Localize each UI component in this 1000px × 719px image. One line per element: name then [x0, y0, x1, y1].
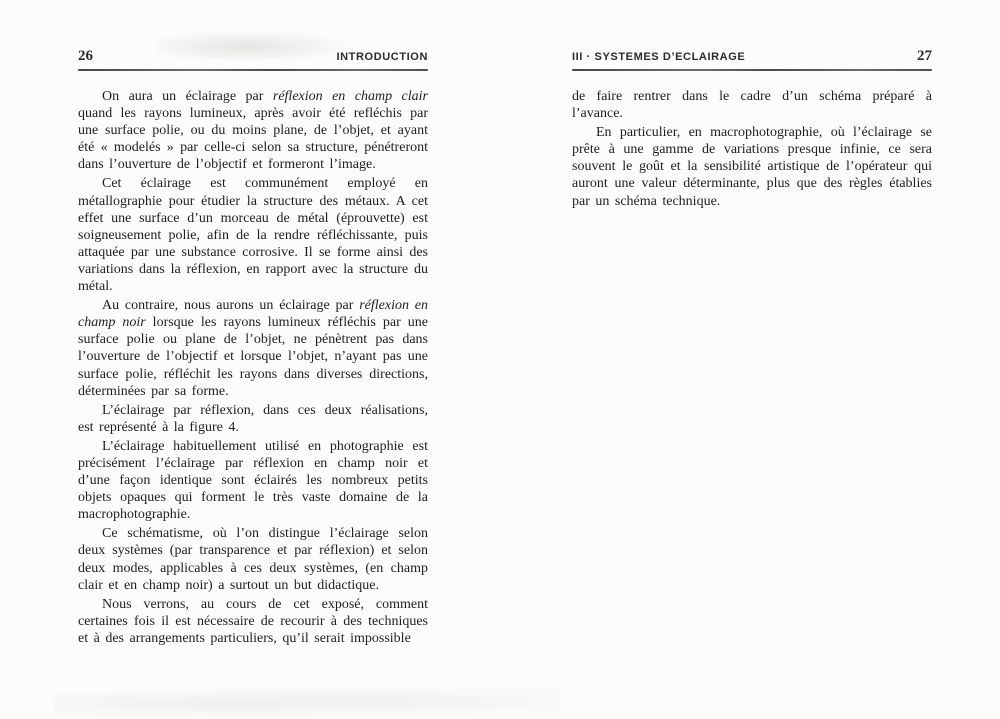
- running-header-right: III · SYSTEMES D’ECLAIRAGE: [572, 51, 745, 63]
- page-left-header: 26 INTRODUCTION: [78, 48, 428, 65]
- text-run: Ce schématisme, où l’on distingue l’écla…: [78, 526, 428, 592]
- page-left-body: On aura un éclairage par réflexion en ch…: [78, 88, 428, 647]
- paragraph: Nous verrons, au cours de cet exposé, co…: [78, 596, 428, 647]
- page-number-left: 26: [78, 48, 93, 65]
- page-number-right: 27: [917, 48, 932, 65]
- text-run: En particulier, en macrophotographie, où…: [572, 125, 932, 208]
- page-right-body: de faire rentrer dans le cadre d’un sché…: [572, 88, 932, 210]
- paragraph: Ce schématisme, où l’on distingue l’écla…: [78, 525, 428, 593]
- paragraph: Cet éclairage est communément employé en…: [78, 175, 428, 295]
- italic-text-run: réflexion en champ clair: [273, 89, 428, 104]
- running-header-left: INTRODUCTION: [336, 51, 428, 63]
- paragraph: de faire rentrer dans le cadre d’un sché…: [572, 88, 932, 122]
- page-right-header: III · SYSTEMES D’ECLAIRAGE 27: [572, 48, 932, 65]
- text-run: quand les rayons lumineux, après avoir é…: [78, 106, 428, 172]
- text-run: de faire rentrer dans le cadre d’un sché…: [572, 89, 932, 121]
- paragraph: En particulier, en macrophotographie, où…: [572, 124, 932, 209]
- book-scan: 26 INTRODUCTION On aura un éclairage par…: [0, 0, 1000, 719]
- text-run: Nous verrons, au cours de cet exposé, co…: [78, 597, 428, 646]
- text-run: L’éclairage par réflexion, dans ces deux…: [78, 403, 428, 435]
- scan-speckle-artifact: [55, 688, 560, 716]
- text-run: Au contraire, nous aurons un éclairage p…: [102, 298, 359, 313]
- header-rule-right: [572, 69, 932, 71]
- paragraph: L’éclairage habituellement utilisé en ph…: [78, 438, 428, 523]
- text-run: On aura un éclairage par: [102, 89, 273, 104]
- text-run: Cet éclairage est communément employé en…: [78, 176, 428, 294]
- page-right: III · SYSTEMES D’ECLAIRAGE 27 de faire r…: [572, 48, 932, 212]
- page-left: 26 INTRODUCTION On aura un éclairage par…: [78, 48, 428, 649]
- header-rule-left: [78, 69, 428, 71]
- paragraph: Au contraire, nous aurons un éclairage p…: [78, 297, 428, 400]
- paragraph: L’éclairage par réflexion, dans ces deux…: [78, 402, 428, 436]
- paragraph: On aura un éclairage par réflexion en ch…: [78, 88, 428, 173]
- text-run: L’éclairage habituellement utilisé en ph…: [78, 439, 428, 522]
